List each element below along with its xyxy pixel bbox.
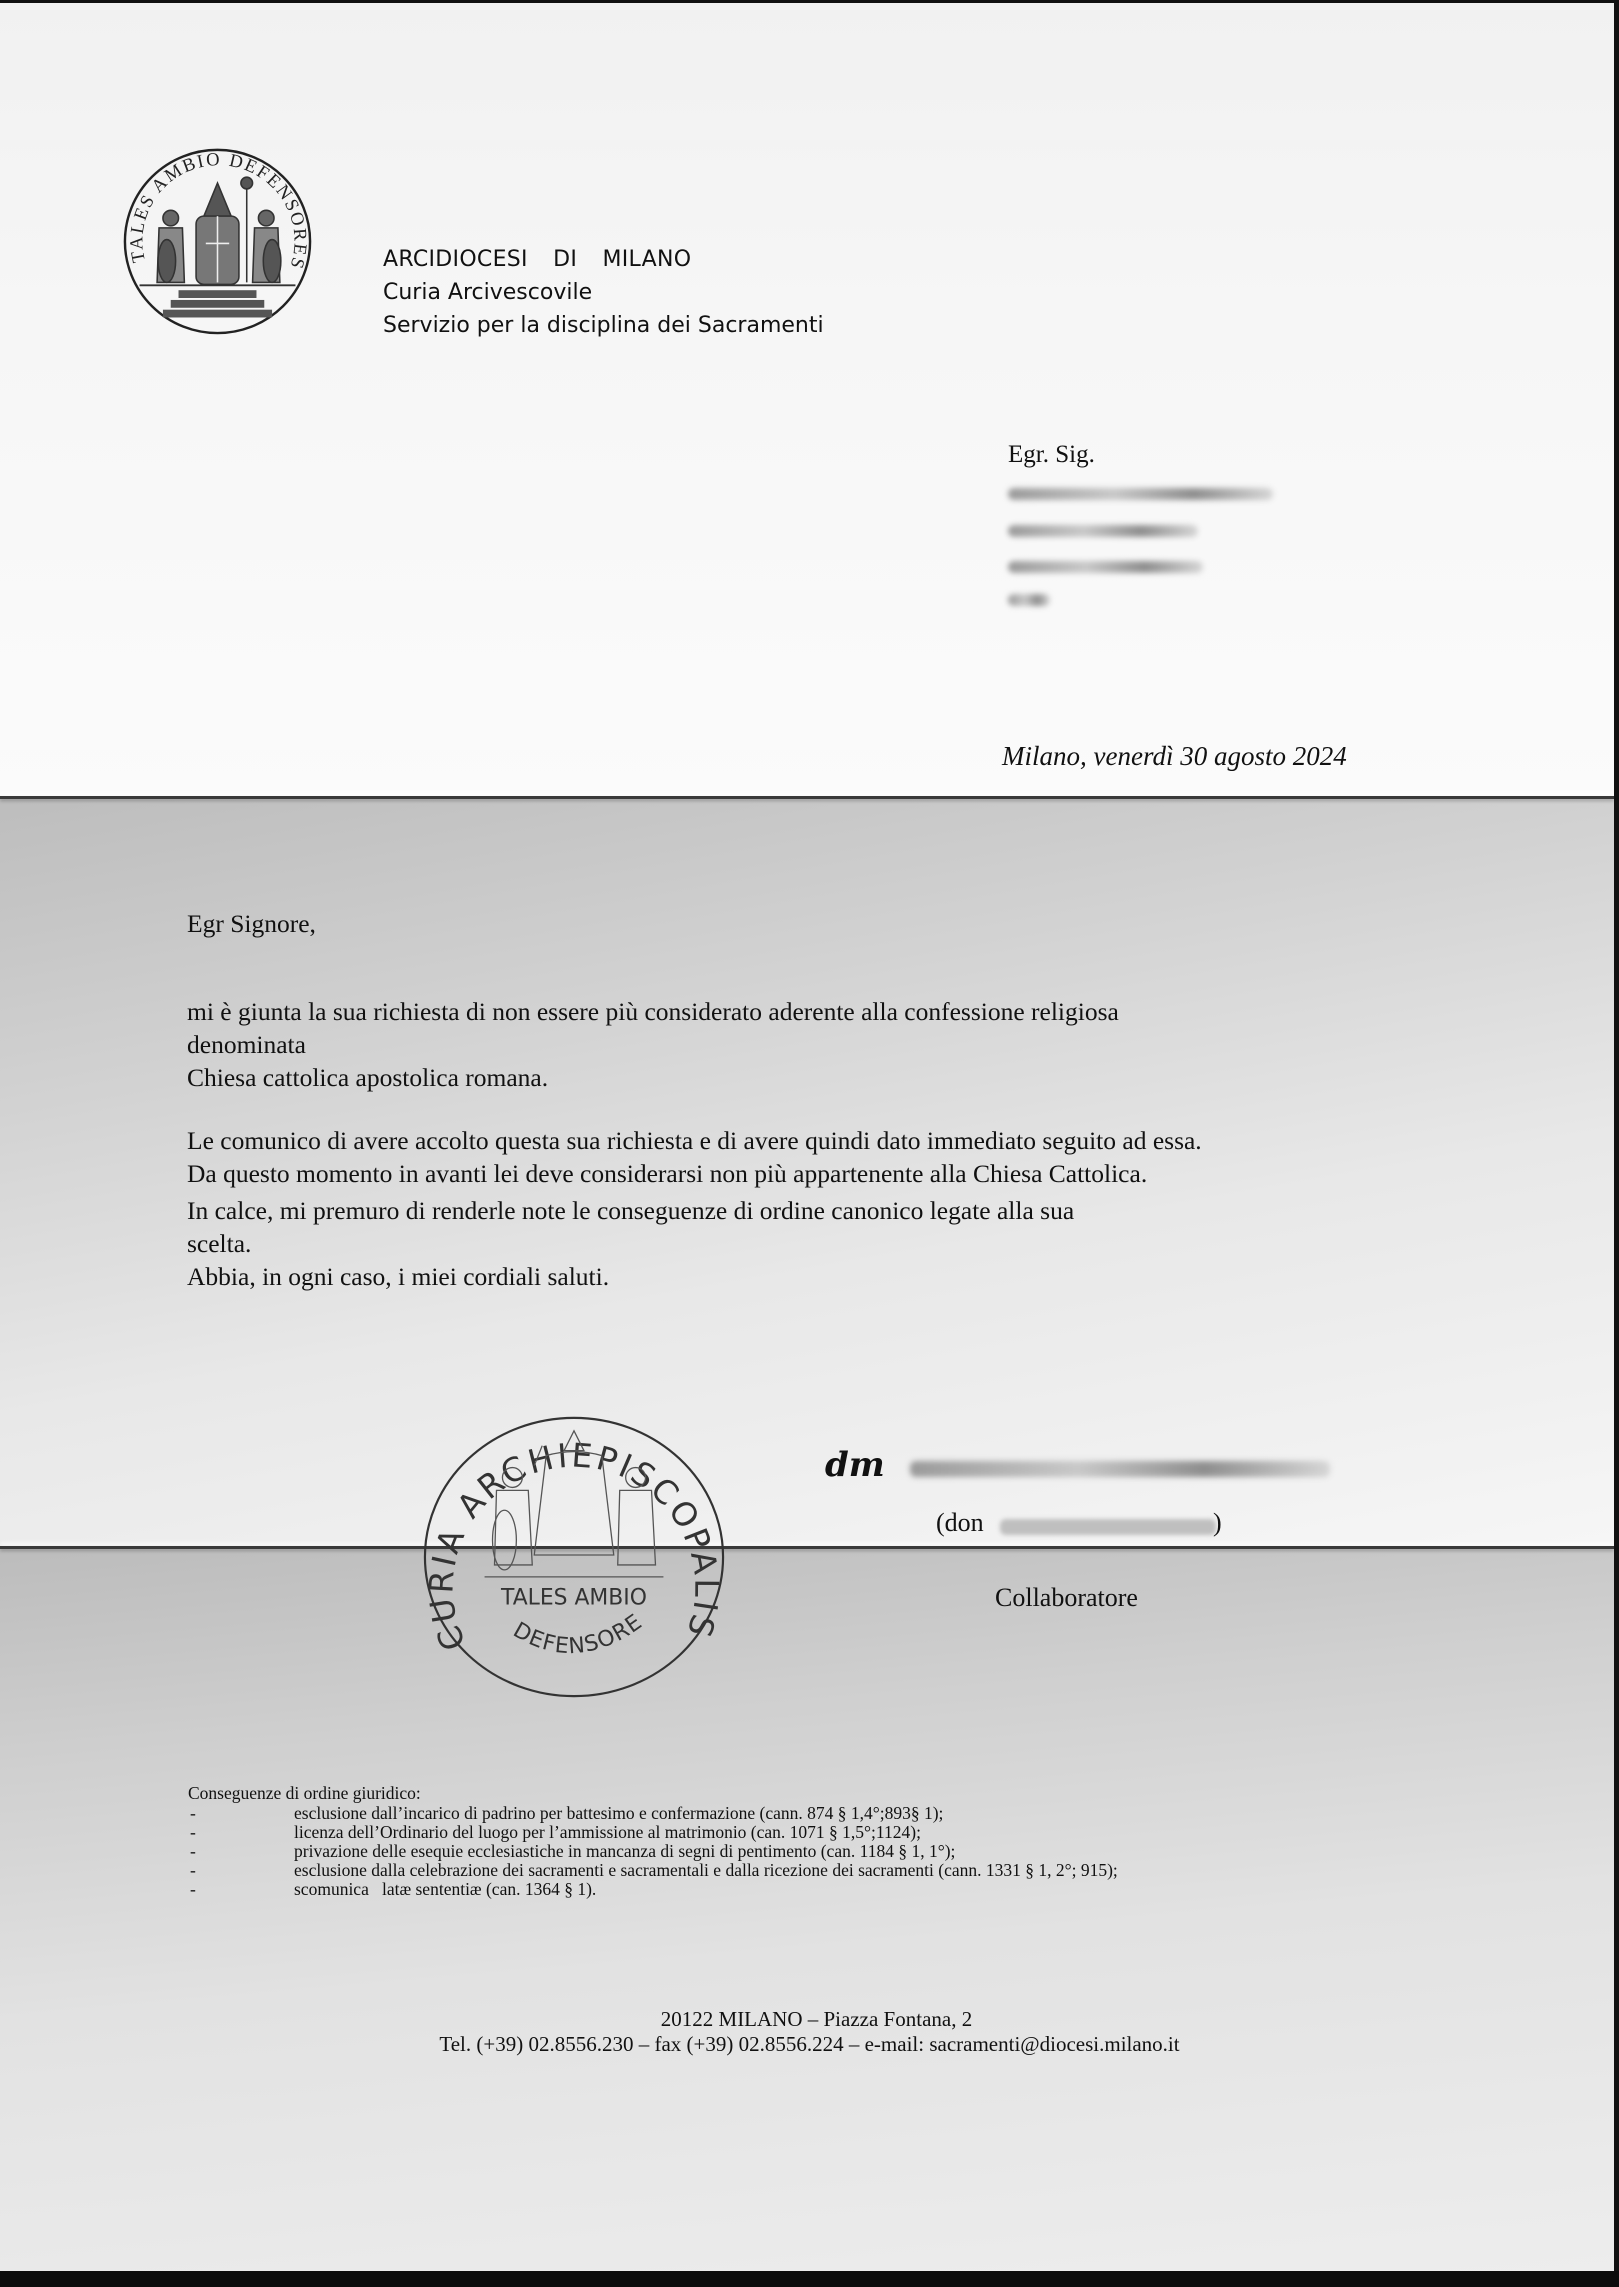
legal-item: - esclusione dalla celebrazione dei sacr… — [188, 1861, 1348, 1880]
body-line: mi è giunta la sua richiesta di non esse… — [187, 995, 1427, 1028]
svg-text:CURIA ARCHIEPISCOPALIS MEDIOLA: CURIA ARCHIEPISCOPALIS MEDIOLANI — [415, 1405, 725, 1660]
body-line: scelta. — [187, 1227, 1427, 1260]
redacted-address-line — [1008, 594, 1050, 606]
legal-title: Conseguenze di ordine giuridico: — [188, 1784, 1348, 1803]
greeting: Egr Signore, — [187, 907, 1427, 940]
signer-role: Collaboratore — [995, 1583, 1138, 1613]
service-name: Servizio per la disciplina dei Sacrament… — [383, 309, 824, 342]
body-line: denominata — [187, 1028, 1427, 1061]
fold-line — [0, 796, 1614, 799]
redacted-address-line — [1008, 561, 1203, 573]
top-panel — [0, 3, 1614, 798]
svg-text:TALES AMBIO: TALES AMBIO — [500, 1586, 647, 1611]
redacted-address-line — [1008, 525, 1198, 537]
letter-date: Milano, venerdì 30 agosto 2024 — [1002, 741, 1347, 772]
body-line: Da questo momento in avanti lei deve con… — [187, 1157, 1427, 1190]
body-line: Chiesa cattolica apostolica romana. — [187, 1061, 1427, 1094]
bottom-panel — [0, 1548, 1614, 2271]
legal-item: - scomunica latæ sententiæ (can. 1364 § … — [188, 1880, 1348, 1899]
signer-name-suffix: ) — [1213, 1508, 1222, 1538]
handwritten-signature: dm — [825, 1445, 885, 1485]
footer-contacts: Tel. (+39) 02.8556.230 – fax (+39) 02.85… — [0, 2032, 1614, 2057]
letterhead: ARCIDIOCESI DI MILANO Curia Arcivescovil… — [383, 243, 824, 342]
legal-item: - privazione delle esequie ecclesiastich… — [188, 1842, 1348, 1861]
redacted-signer-name — [1000, 1519, 1216, 1535]
letter-footer: 20122 MILANO – Piazza Fontana, 2 Tel. (+… — [0, 2007, 1614, 2057]
redacted-signature — [910, 1461, 1330, 1477]
organization-name: ARCIDIOCESI DI MILANO — [383, 243, 824, 276]
legal-consequences: Conseguenze di ordine giuridico: - esclu… — [188, 1784, 1348, 1899]
body-line: Le comunico di avere accolto questa sua … — [187, 1124, 1427, 1157]
department-name: Curia Arcivescovile — [383, 276, 824, 309]
signer-name-prefix: (don — [936, 1508, 984, 1538]
legal-item: - esclusione dall’incarico di padrino pe… — [188, 1804, 1348, 1823]
background-edge — [1614, 0, 1619, 2287]
body-line: Abbia, in ogni caso, i miei cordiali sal… — [187, 1260, 1427, 1293]
letter-page: TALES AMBIO DEFENSORES ARCIDIOCESI DI MI… — [0, 3, 1614, 2271]
legal-item: - licenza dell’Ordinario del luogo per l… — [188, 1823, 1348, 1842]
letter-body: Egr Signore, mi è giunta la sua richiest… — [187, 907, 1427, 1293]
footer-address: 20122 MILANO – Piazza Fontana, 2 — [0, 2007, 1614, 2032]
redacted-address-line — [1008, 488, 1273, 500]
curia-stamp-icon: CURIA ARCHIEPISCOPALIS MEDIOLANI TALES A… — [415, 1405, 733, 1705]
archdiocese-seal-icon: TALES AMBIO DEFENSORES — [120, 146, 315, 336]
fold-line — [0, 1546, 1614, 1549]
background-edge — [0, 2271, 1619, 2287]
body-line: In calce, mi premuro di renderle note le… — [187, 1194, 1427, 1227]
recipient-salutation: Egr. Sig. — [1008, 441, 1095, 469]
